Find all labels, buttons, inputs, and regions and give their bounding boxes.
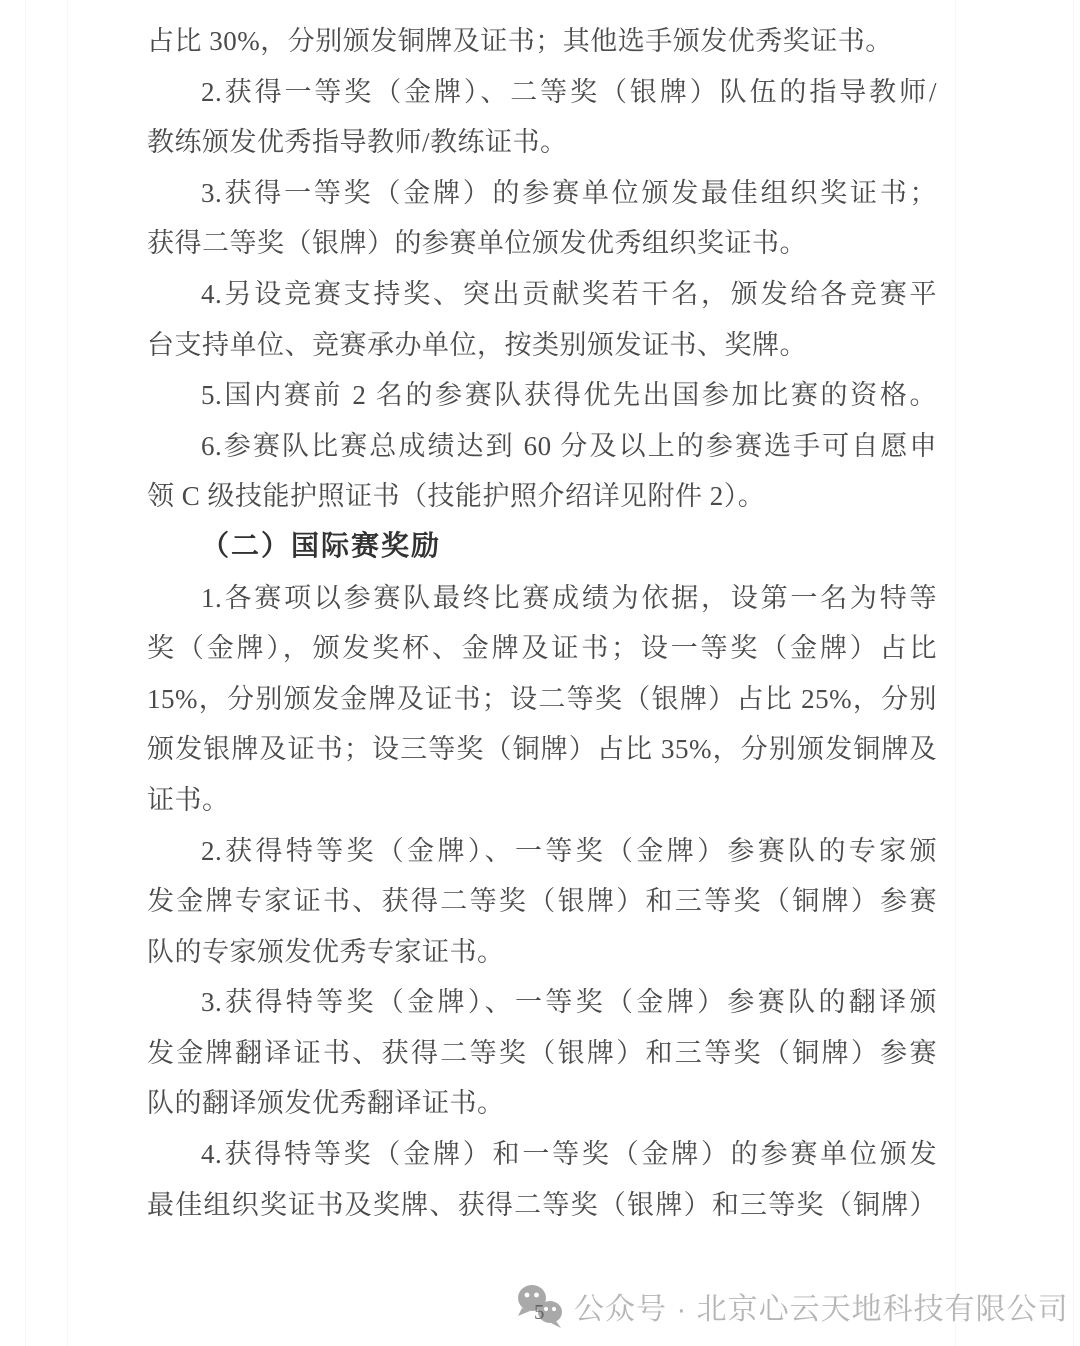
text-line: 证书。 [147, 775, 937, 826]
text-line: 3.获得特等奖（金牌）、一等奖（金牌）参赛队的翻译颁 [147, 977, 937, 1028]
text-line: 发金牌专家证书、获得二等奖（银牌）和三等奖（铜牌）参赛 [147, 876, 937, 927]
footer-watermark: 5 公众号 · 北京心云天地科技有限公司 [0, 1278, 1080, 1338]
document-body: 占比 30%，分别颁发铜牌及证书；其他选手颁发优秀奖证书。2.获得一等奖（金牌）… [147, 16, 937, 1230]
text-line: 1.各赛项以参赛队最终比赛成绩为依据，设第一名为特等 [147, 573, 937, 624]
text-line: 占比 30%，分别颁发铜牌及证书；其他选手颁发优秀奖证书。 [147, 16, 937, 67]
text-line: 15%，分别颁发金牌及证书；设二等奖（银牌）占比 25%，分别 [147, 674, 937, 725]
scan-artifact-line [25, 0, 26, 1346]
section-heading: （二）国际赛奖励 [147, 522, 937, 573]
scan-artifact-line [955, 0, 956, 1346]
text-line: 教练颁发优秀指导教师/教练证书。 [147, 117, 937, 168]
text-line: 领 C 级技能护照证书（技能护照介绍详见附件 2）。 [147, 471, 937, 522]
text-line: 2.获得一等奖（金牌）、二等奖（银牌）队伍的指导教师/ [147, 67, 937, 118]
text-line: 颁发银牌及证书；设三等奖（铜牌）占比 35%，分别颁发铜牌及 [147, 724, 937, 775]
scan-artifact-line [1073, 0, 1074, 1346]
text-line: 台支持单位、竞赛承办单位，按类别颁发证书、奖牌。 [147, 320, 937, 371]
text-line: 最佳组织奖证书及奖牌、获得二等奖（银牌）和三等奖（铜牌） [147, 1180, 937, 1231]
text-line: 6.参赛队比赛总成绩达到 60 分及以上的参赛选手可自愿申 [147, 421, 937, 472]
text-line: 队的专家颁发优秀专家证书。 [147, 927, 937, 978]
text-line: 奖（金牌），颁发奖杯、金牌及证书；设一等奖（金牌）占比 [147, 623, 937, 674]
text-line: 4.获得特等奖（金牌）和一等奖（金牌）的参赛单位颁发 [147, 1129, 937, 1180]
scan-artifact-line [67, 0, 68, 1346]
document-page: 占比 30%，分别颁发铜牌及证书；其他选手颁发优秀奖证书。2.获得一等奖（金牌）… [0, 0, 1080, 1346]
text-line: 队的翻译颁发优秀翻译证书。 [147, 1078, 937, 1129]
text-line: 获得二等奖（银牌）的参赛单位颁发优秀组织奖证书。 [147, 218, 937, 269]
page-number: 5 [534, 1300, 545, 1325]
text-line: 3.获得一等奖（金牌）的参赛单位颁发最佳组织奖证书； [147, 168, 937, 219]
wechat-account-label: 公众号 · 北京心云天地科技有限公司 [574, 1284, 1069, 1328]
text-line: 4.另设竞赛支持奖、突出贡献奖若干名，颁发给各竞赛平 [147, 269, 937, 320]
text-line: 5.国内赛前 2 名的参赛队获得优先出国参加比赛的资格。 [147, 370, 937, 421]
text-line: 2.获得特等奖（金牌）、一等奖（金牌）参赛队的专家颁 [147, 826, 937, 877]
text-line: 发金牌翻译证书、获得二等奖（银牌）和三等奖（铜牌）参赛 [147, 1028, 937, 1079]
